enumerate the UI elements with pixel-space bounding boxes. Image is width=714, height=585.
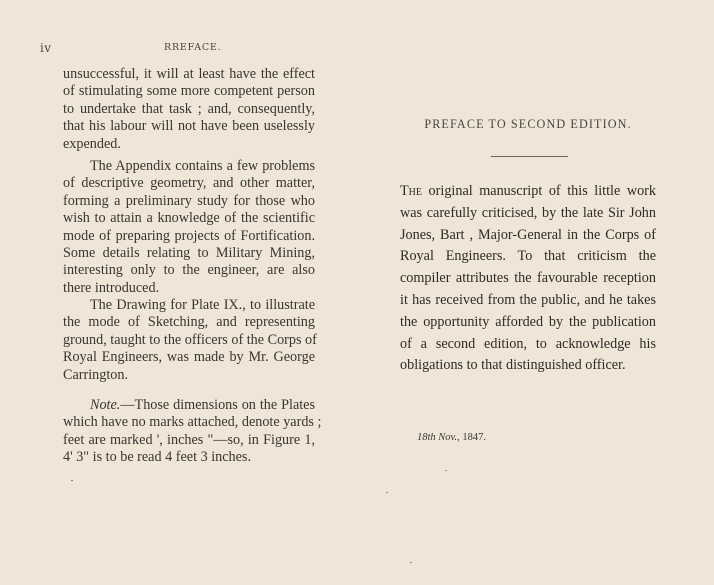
paper-speck — [386, 492, 388, 493]
text-line: interesting only to the engineer, are al… — [63, 262, 315, 279]
text-line: Carrington. — [63, 367, 315, 384]
paragraph-note: Note.—Those dimensions on the Plates whi… — [63, 397, 315, 467]
text-line: which have no marks attached, denote yar… — [63, 414, 315, 431]
text-line: compiler attributes the favourable recep… — [400, 268, 656, 290]
text-line: ground, taught to the officers of the Co… — [63, 332, 315, 349]
paper-speck — [71, 480, 73, 481]
text-line: 4' 3" is to be read 4 feet 3 inches. — [63, 449, 315, 466]
heading-rule — [491, 156, 568, 157]
text-line: expended. — [63, 136, 315, 153]
page-number: iv — [40, 41, 51, 55]
preface-date: 18th Nov., 1847. — [417, 432, 486, 443]
paper-speck — [410, 562, 412, 563]
text-line: there introduced. — [63, 280, 315, 297]
text-line: of descriptive geometry, and other matte… — [63, 175, 315, 192]
paragraph-drawing: The Drawing for Plate IX., to illustrate… — [63, 297, 315, 384]
opening-word: The — [400, 183, 422, 199]
text-line: feet are marked ', inches "—so, in Figur… — [63, 432, 315, 449]
running-head: iv RREFACE. — [40, 41, 316, 57]
text-line: of stimulating some more competent perso… — [63, 83, 315, 100]
section-heading: PREFACE TO SECOND EDITION. — [403, 117, 653, 132]
text-line: was carefully criticised, by the late Si… — [400, 203, 656, 225]
date-day: 18th — [417, 432, 436, 443]
text-line: Royal Engineers, was made by Mr. George — [63, 349, 315, 366]
note-text: —Those dimensions on the Plates — [120, 397, 315, 413]
text-line: the opportunity afforded by the publicat… — [400, 312, 656, 334]
paper-speck — [445, 470, 447, 471]
text-line: it has received from the public, and he … — [400, 290, 656, 312]
text-line: Note.—Those dimensions on the Plates — [63, 397, 315, 414]
text-line: The Drawing for Plate IX., to illustrate — [63, 297, 315, 314]
text-line: The Appendix contains a few problems — [63, 158, 315, 175]
text-line: obligations to that distinguished office… — [400, 355, 656, 377]
date-month: Nov., — [438, 432, 459, 443]
running-title: RREFACE. — [164, 42, 222, 53]
note-label: Note. — [90, 397, 120, 413]
text-line: mode of preparing projects of Fortificat… — [63, 228, 315, 245]
text-line: Some details relating to Military Mining… — [63, 245, 315, 262]
text-line: The original manuscript of this little w… — [400, 181, 656, 203]
text-line: forming a preliminary study for those wh… — [63, 193, 315, 210]
text-line: that his labour will not have been usele… — [63, 118, 315, 135]
paragraph-continuation: unsuccessful, it will at least have the … — [63, 66, 315, 153]
text-line: to undertake that task ; and, consequent… — [63, 101, 315, 118]
text-line: Jones, Bart , Major-General in the Corps… — [400, 225, 656, 247]
preface-body: The original manuscript of this little w… — [400, 181, 656, 377]
paragraph-appendix: The Appendix contains a few problems of … — [63, 158, 315, 297]
date-year: 1847. — [462, 432, 486, 443]
text-line: Royal Engineers. To that criticism the — [400, 246, 656, 268]
text-line: the mode of Sketching, and representing — [63, 314, 315, 331]
text-line: unsuccessful, it will at least have the … — [63, 66, 315, 83]
text-line: wish to attain a knowledge of the scient… — [63, 210, 315, 227]
text-line: of a second edition, to acknowledge his — [400, 334, 656, 356]
